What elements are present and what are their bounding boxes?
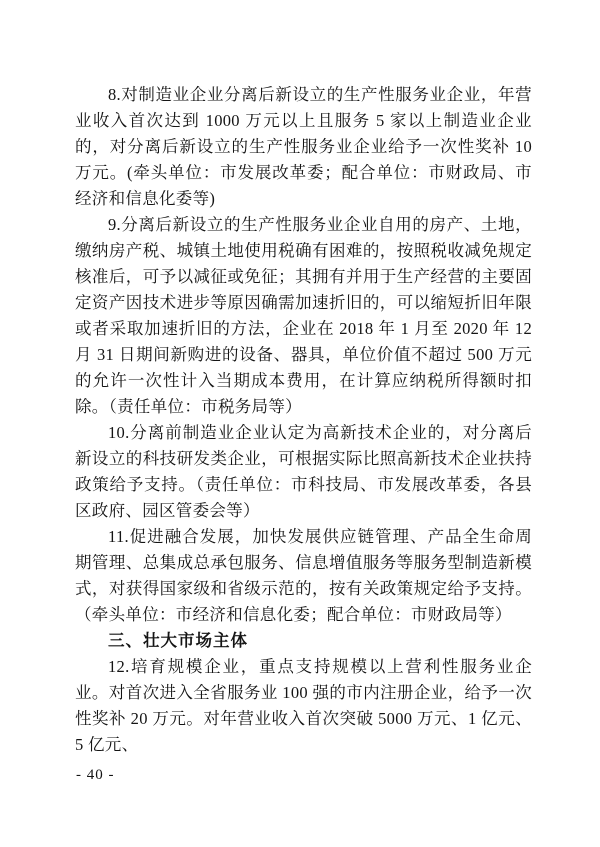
paragraph-item-10: 10.分离前制造业企业认定为高新技术企业的，对分离后新设立的科技研发类企业，可根… [75,420,532,524]
paragraph-item-9: 9.分离后新设立的生产性服务业企业自用的房产、土地，缴纳房产税、城镇土地使用税确… [75,212,532,420]
paragraph-item-11: 11.促进融合发展，加快发展供应链管理、产品全生命周期管理、总集成总承包服务、信… [75,524,532,628]
document-body: 8.对制造业企业分离后新设立的生产性服务业企业，年营业收入首次达到 1000 万… [75,82,532,758]
paragraph-item-12: 12.培育规模企业，重点支持规模以上营利性服务业企业。对首次进入全省服务业 10… [75,654,532,758]
paragraph-item-8: 8.对制造业企业分离后新设立的生产性服务业企业，年营业收入首次达到 1000 万… [75,82,532,212]
document-page: 8.对制造业企业分离后新设立的生产性服务业企业，年营业收入首次达到 1000 万… [0,0,600,847]
section-heading: 三、壮大市场主体 [75,628,532,654]
page-number: - 40 - [76,765,115,785]
